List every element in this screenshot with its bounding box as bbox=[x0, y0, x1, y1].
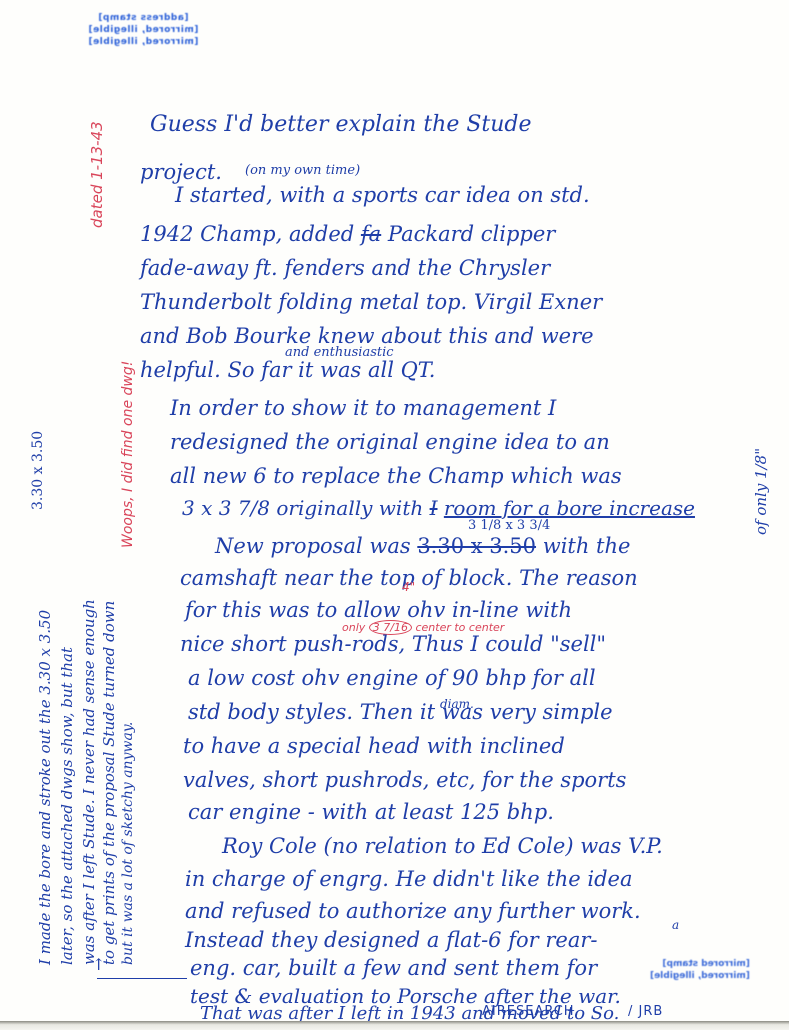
body-line: in charge of engrg. He didn't like the i… bbox=[185, 867, 633, 891]
red-annotation-four-inch: 4" bbox=[402, 580, 415, 594]
body-line: fade-away ft. fenders and the Chrysler bbox=[140, 256, 550, 280]
body-text: Thus I could "sell" bbox=[412, 632, 606, 656]
left-margin-note-line: I made the bore and stroke out the 3.30 … bbox=[36, 610, 54, 965]
left-margin-note-line: later, so the attached dwgs show, but th… bbox=[58, 647, 76, 965]
stamp-line: [mirrored, illegible] bbox=[650, 970, 750, 982]
scan-bottom-edge bbox=[0, 1021, 789, 1030]
body-text: with the bbox=[543, 534, 631, 558]
struck-text: I bbox=[430, 496, 438, 520]
body-text: 1942 Champ, added bbox=[140, 222, 354, 246]
red-annotation-dated: dated 1-13-43 bbox=[88, 121, 106, 228]
body-text: head with inclined bbox=[368, 734, 565, 758]
body-line: In order to show it to management I bbox=[170, 396, 556, 420]
body-line: I started, with a sports car idea on std… bbox=[175, 183, 590, 207]
body-text: for this was to allow bbox=[185, 598, 401, 622]
stamp-line: [mirrored, illegible] bbox=[88, 24, 198, 36]
stamp-line: [mirrored, illegible] bbox=[88, 36, 198, 48]
body-line-group: Instead they designed a flat-6 for rear- bbox=[185, 928, 597, 952]
arrow-up-icon: ↑ bbox=[92, 955, 105, 974]
body-line: car engine - with at least 125 bhp. bbox=[188, 800, 554, 824]
body-line-group: to have a special head with inclined bbox=[183, 734, 565, 758]
body-text: Instead they designed a flat-6 for bbox=[185, 928, 539, 952]
body-line-group: for this was to allow ohv in-line with bbox=[185, 598, 572, 622]
body-line-group: 3 x 3 7/8 originally with I room for a b… bbox=[182, 496, 695, 520]
insertion-a: a bbox=[672, 918, 679, 932]
red-annotation-woops: Woops, I did find one dwg! bbox=[120, 361, 136, 548]
stamp-line: [address stamp] bbox=[88, 12, 198, 24]
body-line: Roy Cole (no relation to Ed Cole) was V.… bbox=[222, 834, 663, 858]
body-line: redesigned the original engine idea to a… bbox=[170, 430, 610, 454]
insertion-own-time: (on my own time) bbox=[245, 163, 360, 178]
body-line: project. bbox=[140, 160, 222, 184]
body-text: to have a special bbox=[183, 734, 361, 758]
body-line: a low cost ohv engine of 90 bhp for all bbox=[188, 666, 596, 690]
body-text: 3 x 3 7/8 originally with bbox=[182, 496, 423, 520]
initials: / JRB bbox=[628, 1004, 663, 1019]
body-line-group: New proposal was 3.30 x 3.50 with the bbox=[215, 534, 630, 558]
arrow-connector-line bbox=[97, 978, 187, 979]
body-line: valves, short pushrods, etc, for the spo… bbox=[183, 768, 626, 792]
stamp-line: [mirrored stamp] bbox=[650, 958, 750, 970]
body-text: ohv in-line with bbox=[407, 598, 572, 622]
struck-dimensions: 3.30 x 3.50 bbox=[417, 534, 536, 558]
bottom-stamp: [mirrored stamp] [mirrored, illegible] bbox=[650, 958, 750, 982]
body-line: Thunderbolt folding metal top. Virgil Ex… bbox=[140, 290, 602, 314]
body-text: rear- bbox=[545, 928, 597, 952]
body-line: eng. car, built a few and sent them for bbox=[190, 956, 597, 980]
body-text: New proposal was bbox=[215, 534, 411, 558]
left-margin-note-line: but it was a lot of sketchy anyway. bbox=[120, 722, 136, 965]
insertion-new-dimensions: 3 1/8 x 3 3/4 bbox=[468, 518, 550, 533]
letter-page: [address stamp] [mirrored, illegible] [m… bbox=[0, 0, 789, 1022]
body-line: all new 6 to replace the Champ which was bbox=[170, 464, 622, 488]
insertion-diam: diam. bbox=[440, 697, 474, 711]
body-line: helpful. So far it was all QT. bbox=[140, 358, 435, 382]
body-text: Packard clipper bbox=[388, 222, 555, 246]
body-line: std body styles. Then it was very simple bbox=[188, 700, 613, 724]
left-margin-note-line: to get prints of the proposal Stude turn… bbox=[100, 601, 118, 965]
body-line-group: 1942 Champ, added fa Packard clipper bbox=[140, 222, 555, 246]
airesearch-caps: AIRESEARCH. bbox=[482, 1004, 579, 1019]
address-stamp: [address stamp] [mirrored, illegible] [m… bbox=[88, 12, 198, 48]
struck-text: fa bbox=[361, 222, 381, 246]
body-line: and refused to authorize any further wor… bbox=[185, 899, 641, 923]
left-margin-dimensions: 3.30 x 3.50 bbox=[30, 431, 46, 510]
body-text: room for a bore increase bbox=[444, 496, 695, 520]
body-line-group: nice short push-rods, Thus I could "sell… bbox=[180, 632, 606, 656]
body-text: nice short push-rods, bbox=[180, 632, 405, 656]
right-margin-note: of only 1/8" bbox=[752, 448, 770, 535]
left-margin-note-line: was after I left Stude. I never had sens… bbox=[80, 599, 98, 965]
body-line: Guess I'd better explain the Stude bbox=[150, 112, 532, 137]
